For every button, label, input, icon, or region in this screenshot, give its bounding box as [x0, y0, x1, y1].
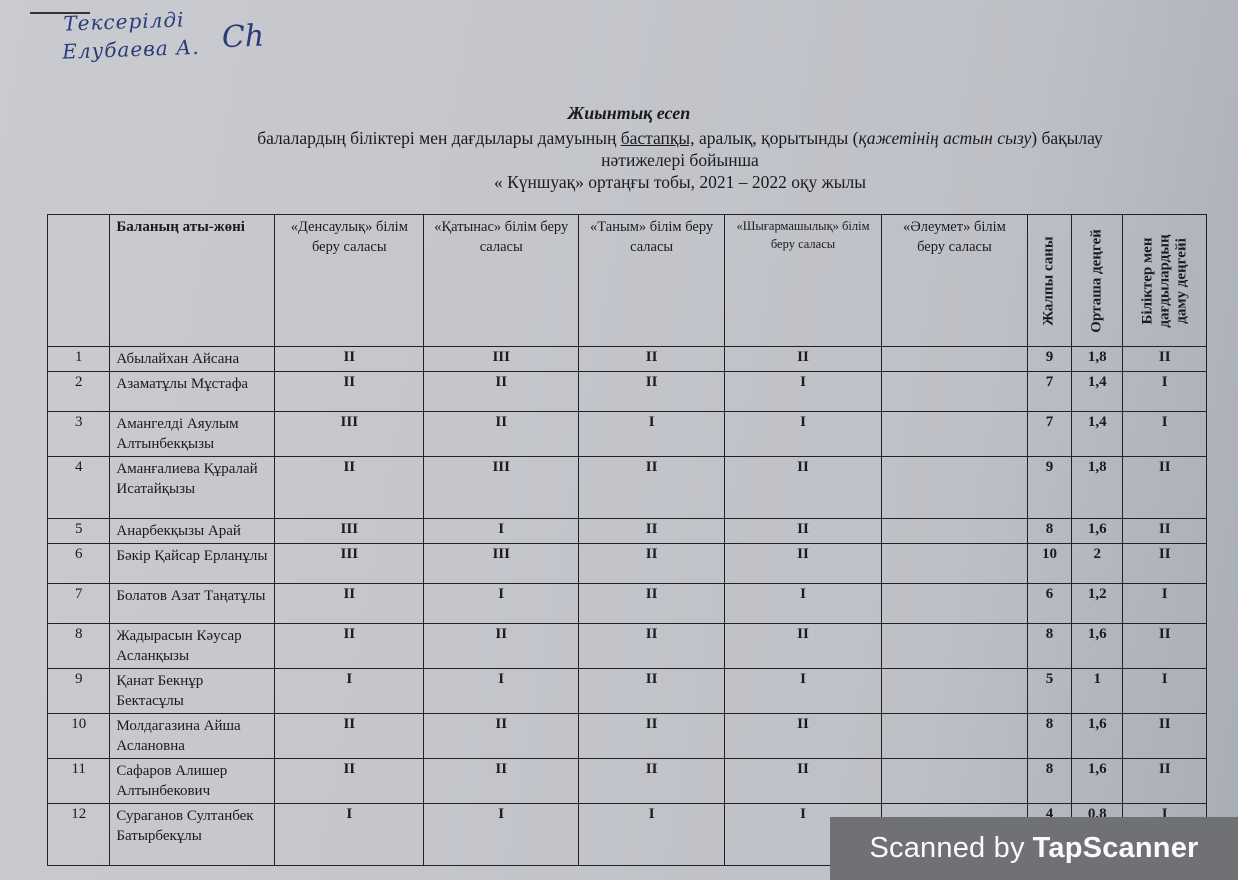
handwritten-annotation: Тексерілді Елубаева А. Сһ — [61, 2, 273, 79]
level-creativity: II — [725, 347, 882, 372]
development-level: I — [1123, 372, 1207, 412]
development-level: II — [1123, 347, 1207, 372]
level-health: II — [275, 372, 424, 412]
level-creativity: II — [725, 714, 882, 759]
header-result: Біліктер мен дағдылардың даму деңгейі — [1123, 215, 1207, 347]
level-creativity: II — [725, 457, 882, 519]
level-cognition: I — [579, 412, 725, 457]
child-name: Аманғалиева Құралай Исатайқызы — [110, 457, 275, 519]
development-level: I — [1123, 669, 1207, 714]
level-cognition: II — [579, 457, 725, 519]
child-name: Анарбекқызы Арай — [110, 519, 275, 544]
average-level: 1,4 — [1072, 412, 1123, 457]
level-communication: I — [424, 519, 579, 544]
subtitle-line-2: нәтижелері бойынша — [150, 149, 1210, 171]
child-name: Бәкір Қайсар Ерланұлы — [110, 544, 275, 584]
header-average: Орташа деңгей — [1072, 215, 1123, 347]
level-social — [881, 714, 1027, 759]
total-score: 8 — [1027, 759, 1071, 804]
row-number: 7 — [48, 584, 110, 624]
child-name: Абылайхан Айсана — [110, 347, 275, 372]
level-communication: II — [424, 412, 579, 457]
row-number: 4 — [48, 457, 110, 519]
level-communication: III — [424, 457, 579, 519]
total-score: 8 — [1027, 624, 1071, 669]
signature: Сһ — [221, 23, 264, 52]
table-row: 1Абылайхан АйсанаIIIIIIIII91,8II — [48, 347, 1207, 372]
level-cognition: I — [579, 804, 725, 866]
level-health: III — [275, 544, 424, 584]
child-name: Болатов Азат Таңатұлы — [110, 584, 275, 624]
table-row: 2Азаматұлы МұстафаIIIIIII71,4I — [48, 372, 1207, 412]
child-name: Сафаров Алишер Алтынбекович — [110, 759, 275, 804]
level-health: II — [275, 714, 424, 759]
scanner-watermark: Scanned by TapScanner — [830, 817, 1238, 880]
child-name: Жадырасын Кәусар Асланқызы — [110, 624, 275, 669]
development-level: I — [1123, 412, 1207, 457]
child-name: Сураганов Султанбек Батырбекұлы — [110, 804, 275, 866]
average-level: 1,4 — [1072, 372, 1123, 412]
level-creativity: II — [725, 759, 882, 804]
row-number: 12 — [48, 804, 110, 866]
level-social — [881, 544, 1027, 584]
header-num — [48, 215, 110, 347]
watermark-prefix: Scanned by — [869, 832, 1024, 865]
subtitle-part-1: балалардың біліктері мен дағдылары дамуы… — [257, 128, 616, 148]
table-row: 3Амангелді Аяулым АлтынбекқызыIIIIIII71,… — [48, 412, 1207, 457]
level-health: I — [275, 669, 424, 714]
level-communication: III — [424, 544, 579, 584]
average-level: 1,6 — [1072, 714, 1123, 759]
level-creativity: I — [725, 372, 882, 412]
table-row: 7Болатов Азат ТаңатұлыIIIIII61,2I — [48, 584, 1207, 624]
level-communication: III — [424, 347, 579, 372]
level-cognition: II — [579, 519, 725, 544]
header-name: Баланың аты-жөні — [110, 215, 275, 347]
level-creativity: I — [725, 584, 882, 624]
row-number: 2 — [48, 372, 110, 412]
average-level: 1,2 — [1072, 584, 1123, 624]
level-health: III — [275, 412, 424, 457]
table-row: 8Жадырасын Кәусар АсланқызыIIIIIIII81,6I… — [48, 624, 1207, 669]
row-number: 9 — [48, 669, 110, 714]
level-communication: II — [424, 759, 579, 804]
document-title: Жиынтық есеп — [0, 103, 1238, 124]
average-level: 1 — [1072, 669, 1123, 714]
header-area-communication: «Қатынас» білім беру саласы — [424, 215, 579, 347]
table-row: 5Анарбекқызы АрайIIIIIIII81,6II — [48, 519, 1207, 544]
development-level: II — [1123, 759, 1207, 804]
average-level: 1,6 — [1072, 759, 1123, 804]
development-level: II — [1123, 544, 1207, 584]
average-level: 1,8 — [1072, 457, 1123, 519]
level-social — [881, 347, 1027, 372]
header-total: Жалпы саны — [1027, 215, 1071, 347]
table-body: 1Абылайхан АйсанаIIIIIIIII91,8II2Азаматұ… — [48, 347, 1207, 866]
table-row: 10Молдагазина Айша АслановнаIIIIIIII81,6… — [48, 714, 1207, 759]
subtitle-line-3: « Күншуақ» ортаңғы тобы, 2021 – 2022 оқу… — [150, 171, 1210, 193]
total-score: 7 — [1027, 412, 1071, 457]
level-creativity: I — [725, 412, 882, 457]
row-number: 3 — [48, 412, 110, 457]
level-health: II — [275, 347, 424, 372]
development-level: II — [1123, 457, 1207, 519]
level-cognition: II — [579, 669, 725, 714]
subtitle-part-3: ) бақылау — [1031, 128, 1103, 148]
development-level: I — [1123, 584, 1207, 624]
level-social — [881, 669, 1027, 714]
subtitle-part-2: аралық, қорытынды ( — [699, 128, 859, 148]
level-health: II — [275, 457, 424, 519]
header-area-social: «Әлеумет» білім беру саласы — [881, 215, 1027, 347]
child-name: Амангелді Аяулым Алтынбекқызы — [110, 412, 275, 457]
level-creativity: I — [725, 669, 882, 714]
level-cognition: II — [579, 584, 725, 624]
total-score: 8 — [1027, 714, 1071, 759]
table-row: 4Аманғалиева Құралай ИсатайқызыIIIIIIIII… — [48, 457, 1207, 519]
total-score: 6 — [1027, 584, 1071, 624]
row-number: 11 — [48, 759, 110, 804]
level-health: II — [275, 584, 424, 624]
header-area-cognition: «Таным» білім беру саласы — [579, 215, 725, 347]
level-communication: II — [424, 624, 579, 669]
row-number: 10 — [48, 714, 110, 759]
table-row: 6Бәкір Қайсар ЕрланұлыIIIIIIIIII102II — [48, 544, 1207, 584]
level-communication: I — [424, 669, 579, 714]
level-health: I — [275, 804, 424, 866]
level-cognition: II — [579, 714, 725, 759]
level-creativity: II — [725, 544, 882, 584]
total-score: 10 — [1027, 544, 1071, 584]
level-cognition: II — [579, 544, 725, 584]
table-row: 11Сафаров Алишер АлтынбековичIIIIIIII81,… — [48, 759, 1207, 804]
level-cognition: II — [579, 624, 725, 669]
row-number: 8 — [48, 624, 110, 669]
level-health: II — [275, 624, 424, 669]
level-social — [881, 372, 1027, 412]
header-area-creativity: «Шығармашылық» білім беру саласы — [725, 215, 882, 347]
level-social — [881, 412, 1027, 457]
level-health: II — [275, 759, 424, 804]
header-area-health: «Денсаулық» білім беру саласы — [275, 215, 424, 347]
level-health: III — [275, 519, 424, 544]
title-text: Жиынтық есеп — [548, 103, 691, 123]
level-creativity: II — [725, 519, 882, 544]
header-result-label: Біліктер мен дағдылардың даму деңгейі — [1139, 218, 1190, 343]
level-social — [881, 584, 1027, 624]
level-social — [881, 519, 1027, 544]
child-name: Азаматұлы Мұстафа — [110, 372, 275, 412]
report-table: Баланың аты-жөні «Денсаулық» білім беру … — [47, 214, 1207, 866]
level-creativity: II — [725, 624, 882, 669]
total-score: 9 — [1027, 347, 1071, 372]
child-name: Қанат Бекнұр Бектасұлы — [110, 669, 275, 714]
total-score: 7 — [1027, 372, 1071, 412]
level-communication: I — [424, 804, 579, 866]
total-score: 9 — [1027, 457, 1071, 519]
header-total-label: Жалпы саны — [1041, 236, 1058, 325]
level-social — [881, 624, 1027, 669]
development-level: II — [1123, 624, 1207, 669]
row-number: 6 — [48, 544, 110, 584]
table-row: 9Қанат Бекнұр БектасұлыIIIII51I — [48, 669, 1207, 714]
table-header-row: Баланың аты-жөні «Денсаулық» білім беру … — [48, 215, 1207, 347]
average-level: 1,6 — [1072, 519, 1123, 544]
child-name: Молдагазина Айша Аслановна — [110, 714, 275, 759]
total-score: 8 — [1027, 519, 1071, 544]
row-number: 5 — [48, 519, 110, 544]
document-subtitle: балалардың біліктері мен дағдылары дамуы… — [150, 127, 1210, 193]
level-cognition: II — [579, 372, 725, 412]
development-level: II — [1123, 714, 1207, 759]
subtitle-italic: қажетінің астын сызу — [859, 128, 1032, 148]
average-level: 1,6 — [1072, 624, 1123, 669]
level-communication: I — [424, 584, 579, 624]
level-social — [881, 759, 1027, 804]
development-level: II — [1123, 519, 1207, 544]
watermark-brand: TapScanner — [1033, 832, 1199, 865]
average-level: 2 — [1072, 544, 1123, 584]
total-score: 5 — [1027, 669, 1071, 714]
subtitle-underlined: бастапқы, — [621, 128, 695, 148]
level-cognition: II — [579, 759, 725, 804]
level-communication: II — [424, 372, 579, 412]
level-social — [881, 457, 1027, 519]
subtitle-line-1: балалардың біліктері мен дағдылары дамуы… — [150, 127, 1210, 149]
level-cognition: II — [579, 347, 725, 372]
header-average-label: Орташа деңгей — [1089, 226, 1106, 336]
level-communication: II — [424, 714, 579, 759]
row-number: 1 — [48, 347, 110, 372]
average-level: 1,8 — [1072, 347, 1123, 372]
